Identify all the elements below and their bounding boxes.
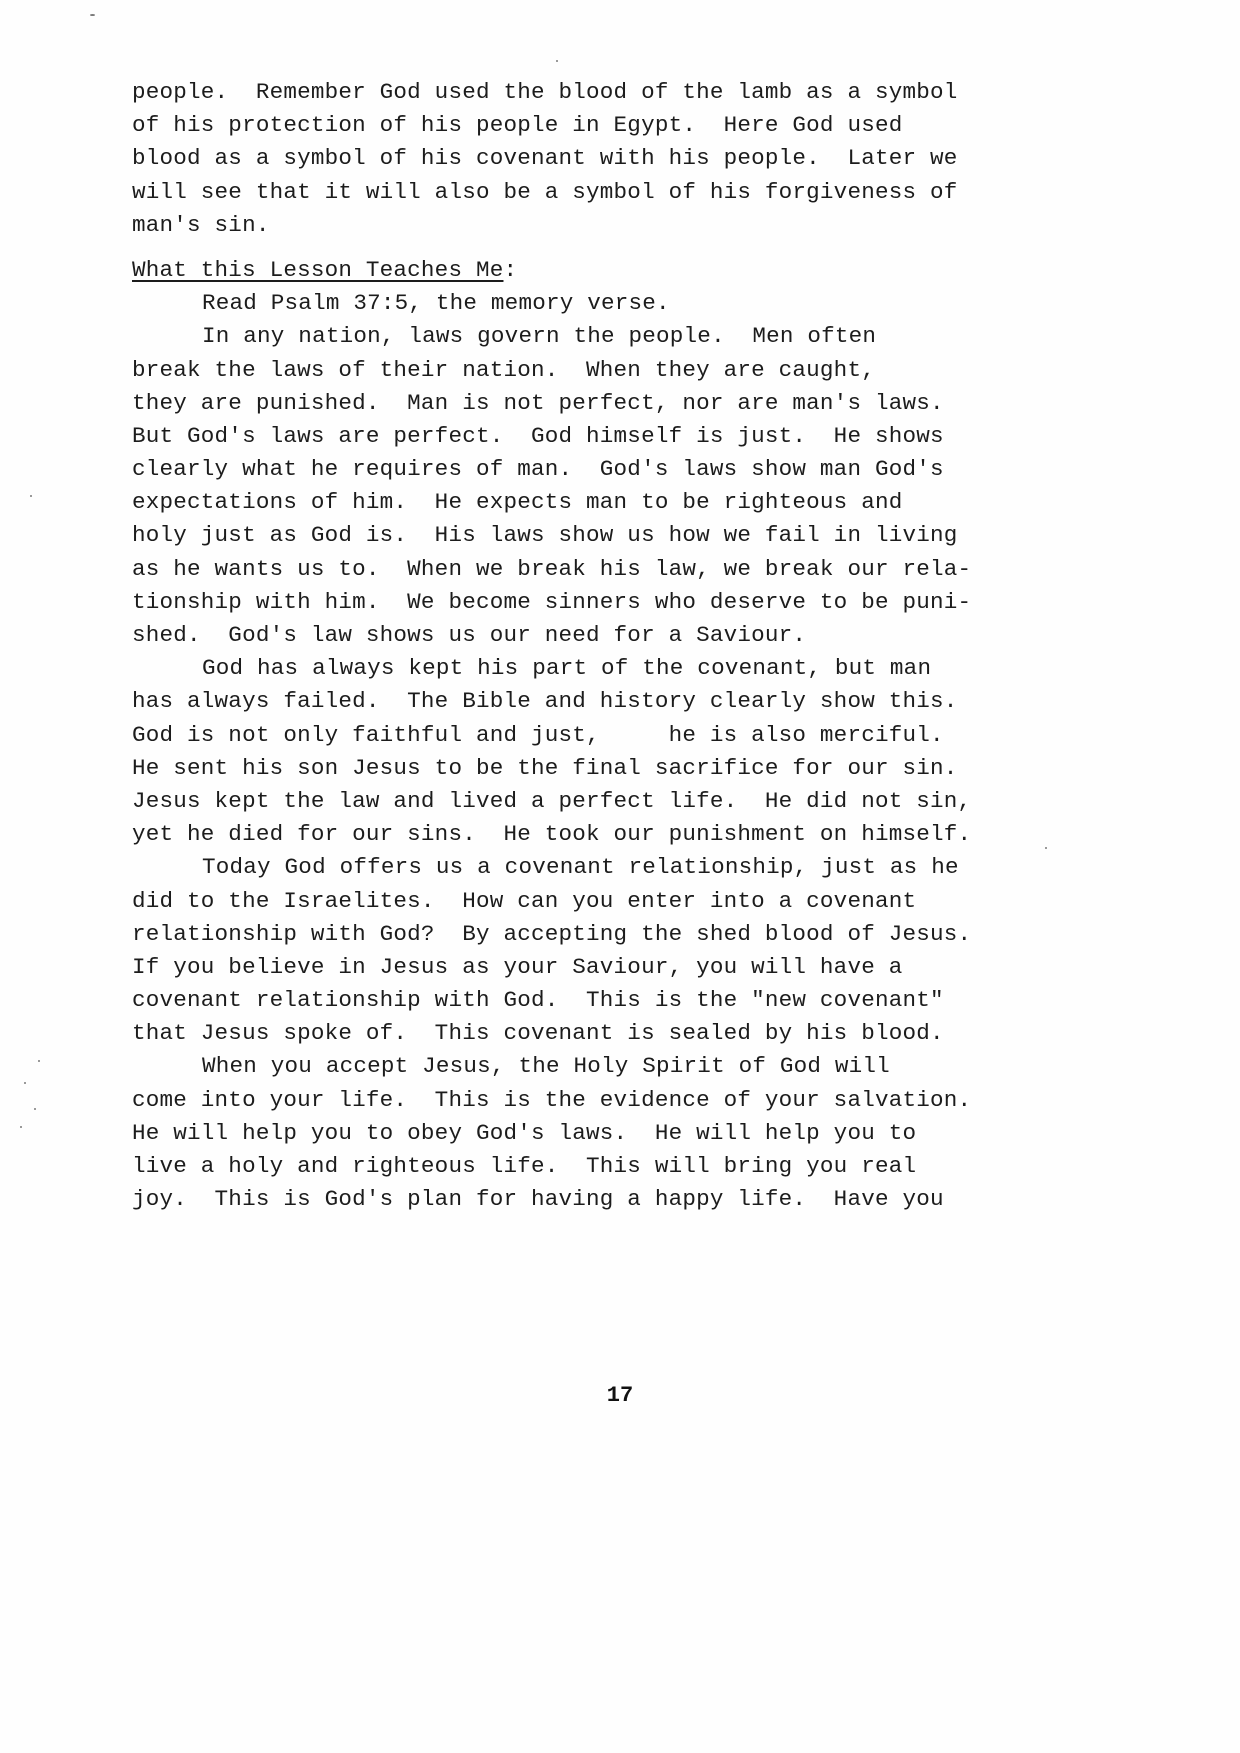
text-line: But God's laws are perfect. God himself …: [132, 420, 992, 453]
text-line: Today God offers us a covenant relations…: [132, 851, 992, 884]
text-line: God is not only faithful and just, he is…: [132, 719, 992, 752]
text-line: yet he died for our sins. He took our pu…: [132, 818, 992, 851]
text-line: tionship with him. We become sinners who…: [132, 586, 992, 619]
text-line: God has always kept his part of the cove…: [132, 652, 992, 685]
text-line: In any nation, laws govern the people. M…: [132, 320, 992, 353]
scan-speck: [1045, 847, 1047, 849]
text-line: He sent his son Jesus to be the final sa…: [132, 752, 992, 785]
scan-speck: [90, 14, 95, 16]
text-line: of his protection of his people in Egypt…: [132, 109, 992, 142]
text-line: clearly what he requires of man. God's l…: [132, 453, 992, 486]
text-line: covenant relationship with God. This is …: [132, 984, 992, 1017]
text-line: relationship with God? By accepting the …: [132, 918, 992, 951]
text-line: If you believe in Jesus as your Saviour,…: [132, 951, 992, 984]
text-line: shed. God's law shows us our need for a …: [132, 619, 992, 652]
lesson-body: Read Psalm 37:5, the memory verse.In any…: [132, 287, 992, 1216]
text-line: blood as a symbol of his covenant with h…: [132, 142, 992, 175]
text-line: Read Psalm 37:5, the memory verse.: [132, 287, 992, 320]
text-line: holy just as God is. His laws show us ho…: [132, 519, 992, 552]
scan-speck: [20, 1126, 22, 1128]
scan-speck: [24, 1082, 26, 1084]
scanned-page: people. Remember God used the blood of t…: [0, 0, 1240, 1753]
text-line: When you accept Jesus, the Holy Spirit o…: [132, 1050, 992, 1083]
page-number: 17: [0, 1383, 1240, 1408]
section-heading-text: What this Lesson Teaches Me: [132, 257, 503, 283]
scan-speck: [34, 1108, 36, 1110]
text-line: will see that it will also be a symbol o…: [132, 176, 992, 209]
text-line: break the laws of their nation. When the…: [132, 354, 992, 387]
scan-speck: [30, 495, 32, 497]
section-heading: What this Lesson Teaches Me:: [132, 254, 992, 287]
text-line: they are punished. Man is not perfect, n…: [132, 387, 992, 420]
text-line: Jesus kept the law and lived a perfect l…: [132, 785, 992, 818]
text-line: expectations of him. He expects man to b…: [132, 486, 992, 519]
text-line: did to the Israelites. How can you enter…: [132, 885, 992, 918]
text-line: joy. This is God's plan for having a hap…: [132, 1183, 992, 1216]
intro-paragraph: people. Remember God used the blood of t…: [132, 76, 992, 242]
document-body: people. Remember God used the blood of t…: [132, 76, 992, 1216]
scan-speck: [556, 60, 558, 62]
scan-speck: [38, 1060, 40, 1062]
text-line: that Jesus spoke of. This covenant is se…: [132, 1017, 992, 1050]
text-line: come into your life. This is the evidenc…: [132, 1084, 992, 1117]
text-line: people. Remember God used the blood of t…: [132, 76, 992, 109]
text-line: live a holy and righteous life. This wil…: [132, 1150, 992, 1183]
text-line: He will help you to obey God's laws. He …: [132, 1117, 992, 1150]
text-line: man's sin.: [132, 209, 992, 242]
text-line: has always failed. The Bible and history…: [132, 685, 992, 718]
text-line: as he wants us to. When we break his law…: [132, 553, 992, 586]
section-heading-colon: :: [503, 257, 517, 283]
